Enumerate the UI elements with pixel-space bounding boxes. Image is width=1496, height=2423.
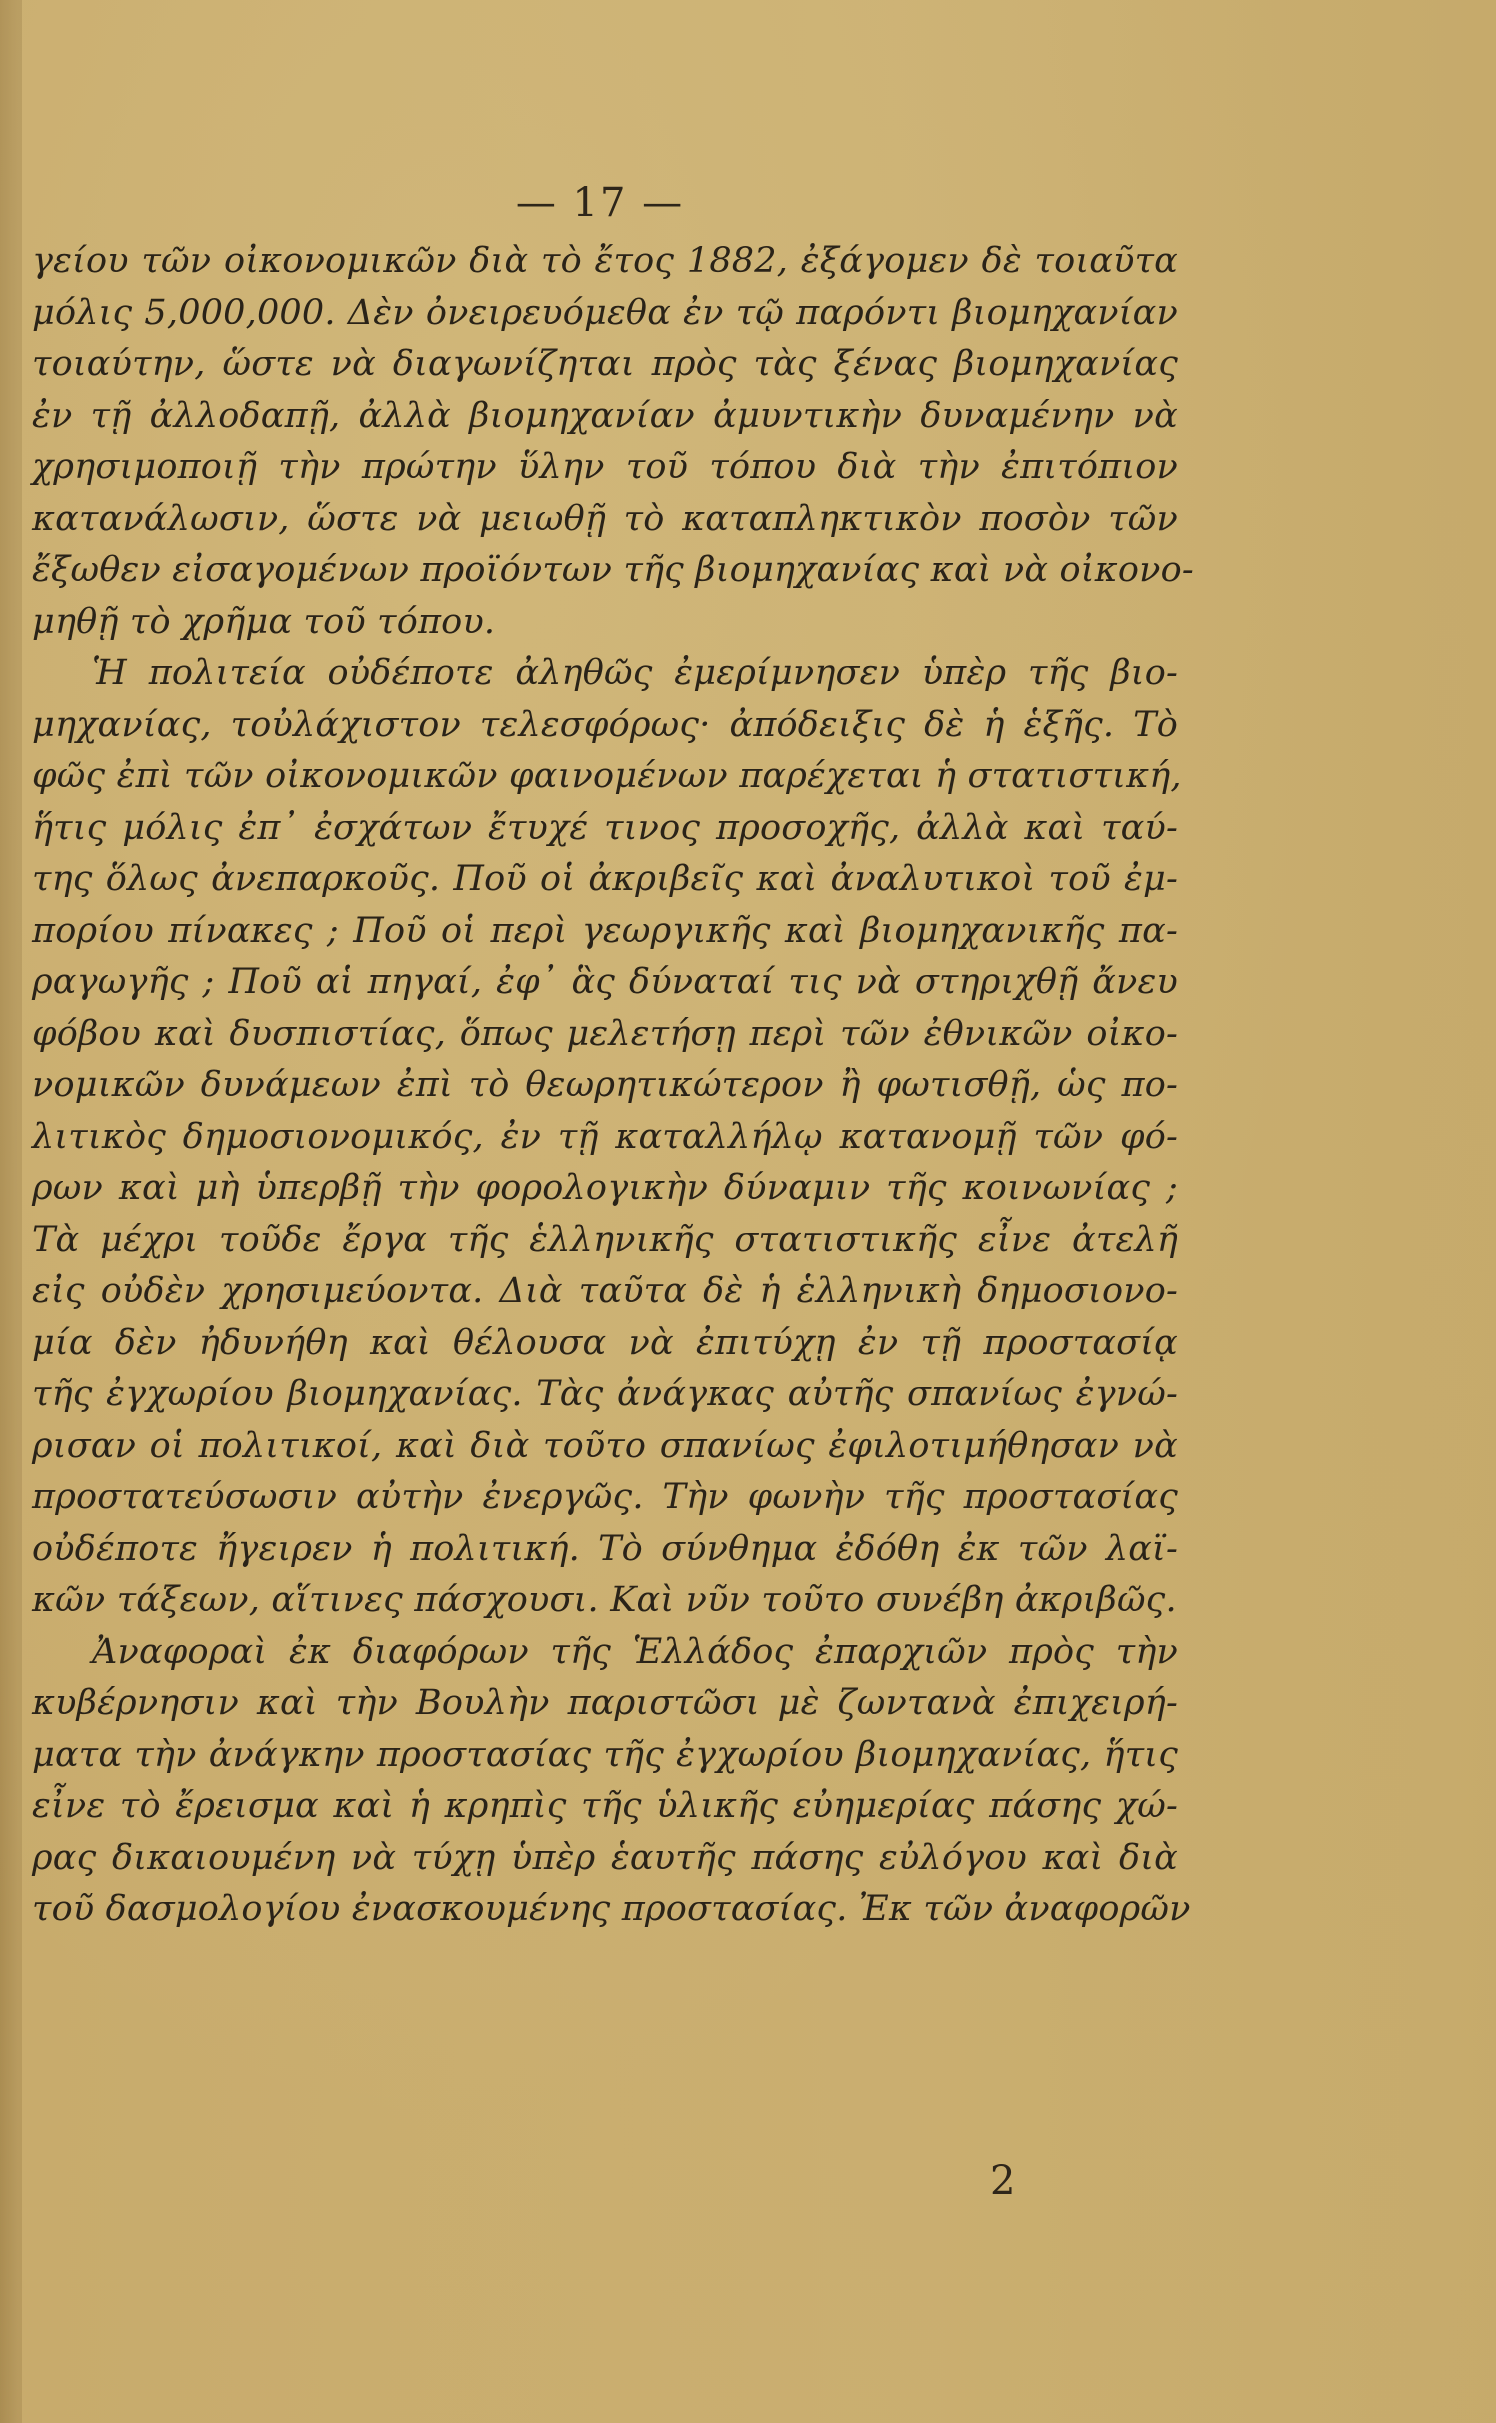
book-page: — 17 — γείου τῶν οἰκονομικῶν διὰ τὸ ἔτος… (0, 0, 1496, 2423)
text-line: μία δὲν ἠδυνήθη καὶ θέλουσα νὰ ἐπιτύχῃ ἐ… (32, 1318, 1178, 1370)
text-line: μηθῇ τὸ χρῆμα τοῦ τόπου. (32, 597, 1178, 649)
text-line: ρας δικαιουμένη νὰ τύχῃ ὑπὲρ ἑαυτῆς πάση… (32, 1833, 1178, 1885)
text-line: τοῦ δασμολογίου ἐνασκουμένης προστασίας.… (32, 1884, 1178, 1936)
text-line: τῆς ἐγχωρίου βιομηχανίας. Τὰς ἀνάγκας αὐ… (32, 1369, 1178, 1421)
text-line: μόλις 5,000,000. Δὲν ὀνειρευόμεθα ἐν τῷ … (32, 288, 1178, 340)
text-line: οὐδέποτε ἤγειρεν ἡ πολιτική. Τὸ σύνθημα … (32, 1524, 1178, 1576)
body-text: γείου τῶν οἰκονομικῶν διὰ τὸ ἔτος 1882, … (32, 236, 1178, 1936)
text-line: λιτικὸς δημοσιονομικός, ἐν τῇ καταλλήλῳ … (32, 1112, 1178, 1164)
text-line: φῶς ἐπὶ τῶν οἰκονομικῶν φαινομένων παρέχ… (32, 751, 1178, 803)
text-line: φόβου καὶ δυσπιστίας, ὅπως μελετήσῃ περὶ… (32, 1009, 1178, 1061)
text-line: νομικῶν δυνάμεων ἐπὶ τὸ θεωρητικώτερον ἢ… (32, 1060, 1178, 1112)
text-line: Τὰ μέχρι τοῦδε ἔργα τῆς ἑλληνικῆς στατισ… (32, 1215, 1178, 1267)
text-line: ρων καὶ μὴ ὑπερβῇ τὴν φορολογικὴν δύναμι… (32, 1163, 1178, 1215)
signature-mark: 2 (990, 2158, 1015, 2204)
text-line: ἐν τῇ ἀλλοδαπῇ, ἀλλὰ βιομηχανίαν ἀμυντικ… (32, 391, 1178, 443)
text-line: εἶνε τὸ ἔρεισμα καὶ ἡ κρηπὶς τῆς ὑλικῆς … (32, 1781, 1178, 1833)
text-line: ματα τὴν ἀνάγκην προστασίας τῆς ἐγχωρίου… (32, 1730, 1178, 1782)
text-line: ρισαν οἱ πολιτικοί, καὶ διὰ τοῦτο σπανίω… (32, 1421, 1178, 1473)
text-line: ἥτις μόλις ἐπ᾽ ἐσχάτων ἔτυχέ τινος προσο… (32, 803, 1178, 855)
text-line: ραγωγῆς ; Ποῦ αἱ πηγαί, ἐφ᾽ ἃς δύναταί τ… (32, 957, 1178, 1009)
page-gutter-shadow (0, 0, 22, 2423)
text-line: προστατεύσωσιν αὐτὴν ἐνεργῶς. Τὴν φωνὴν … (32, 1472, 1178, 1524)
text-line: μηχανίας, τοὐλάχιστον τελεσφόρως· ἀπόδει… (32, 700, 1178, 752)
text-line: γείου τῶν οἰκονομικῶν διὰ τὸ ἔτος 1882, … (32, 236, 1178, 288)
text-line: ἔξωθεν εἰσαγομένων προϊόντων τῆς βιομηχα… (32, 545, 1178, 597)
text-line: τοιαύτην, ὥστε νὰ διαγωνίζηται πρὸς τὰς … (32, 339, 1178, 391)
paragraph-start-line: Ἀναφοραὶ ἐκ διαφόρων τῆς Ἑλλάδος ἐπαρχιῶ… (32, 1627, 1178, 1679)
text-line: κατανάλωσιν, ὥστε νὰ μειωθῇ τὸ καταπληκτ… (32, 494, 1178, 546)
text-line: χρησιμοποιῇ τὴν πρώτην ὕλην τοῦ τόπου δι… (32, 442, 1178, 494)
page-number-header: — 17 — (0, 180, 1200, 226)
text-line: κῶν τάξεων, αἵτινες πάσχουσι. Καὶ νῦν το… (32, 1575, 1178, 1627)
text-line: της ὅλως ἀνεπαρκοῦς. Ποῦ οἱ ἀκριβεῖς καὶ… (32, 854, 1178, 906)
text-line: κυβέρνησιν καὶ τὴν Βουλὴν παριστῶσι μὲ ζ… (32, 1678, 1178, 1730)
text-line: εἰς οὐδὲν χρησιμεύοντα. Διὰ ταῦτα δὲ ἡ ἑ… (32, 1266, 1178, 1318)
text-line: πορίου πίνακες ; Ποῦ οἱ περὶ γεωργικῆς κ… (32, 906, 1178, 958)
paragraph-start-line: Ἡ πολιτεία οὐδέποτε ἀληθῶς ἐμερίμνησεν ὑ… (32, 648, 1178, 700)
